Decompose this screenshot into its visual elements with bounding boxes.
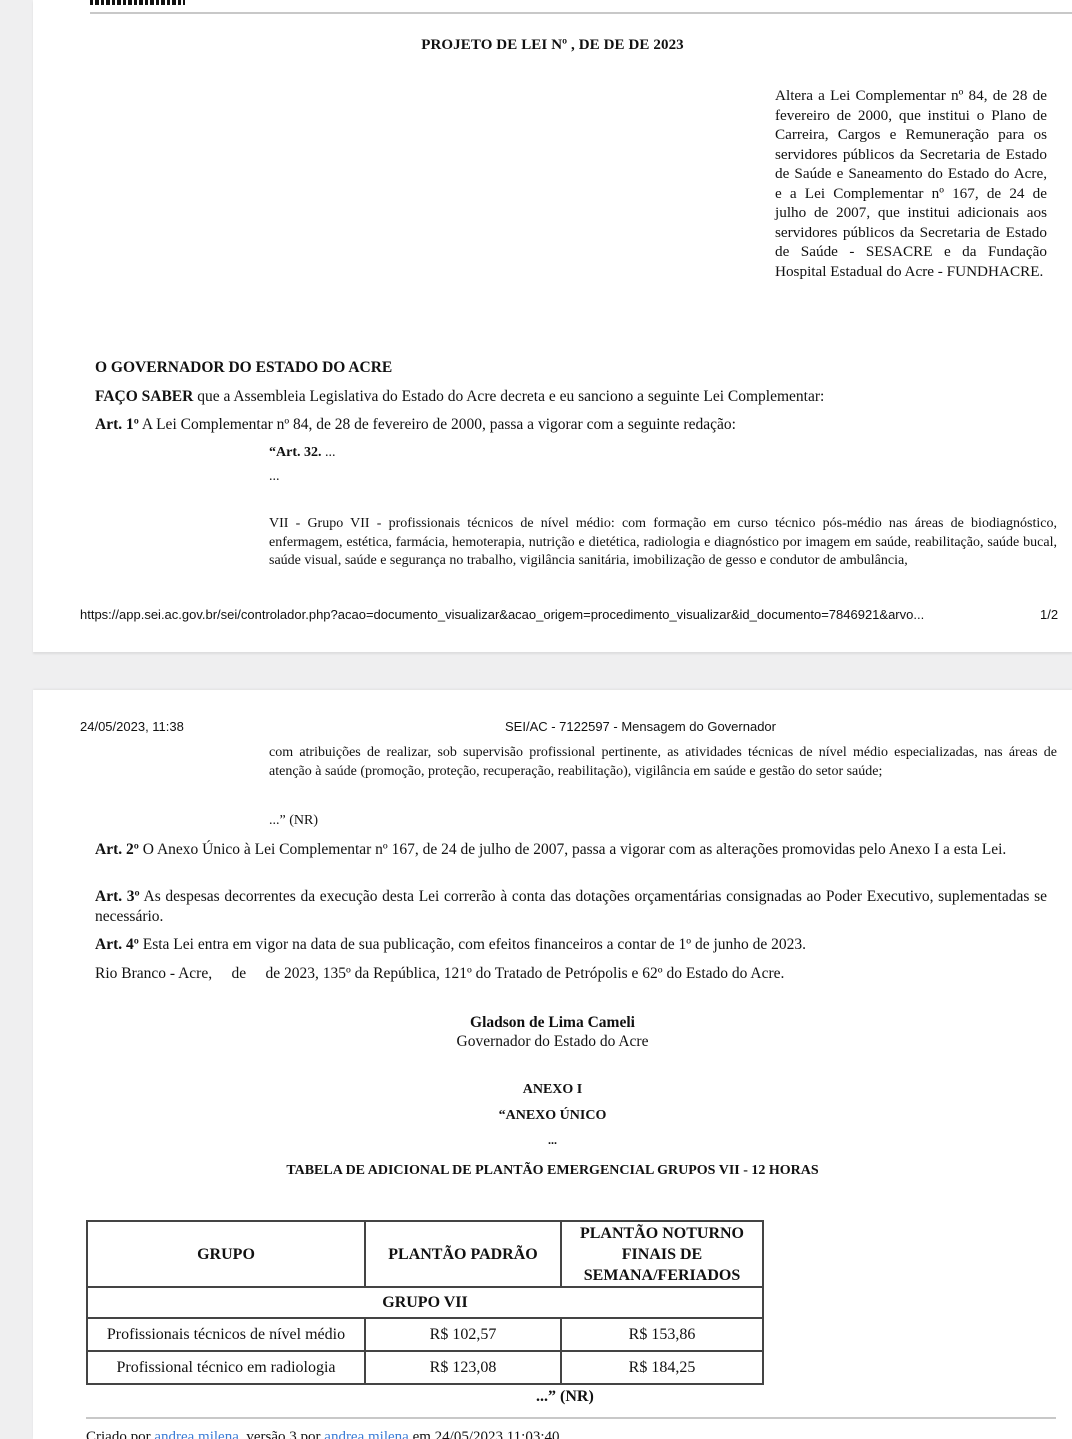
cell-group: Profissional técnico em radiologia bbox=[87, 1351, 365, 1384]
preamble-bold: FAÇO SABER bbox=[95, 388, 193, 405]
author-link[interactable]: andrea.milena bbox=[324, 1429, 409, 1439]
qr-code-fragment bbox=[90, 0, 185, 5]
table-header-row: GRUPO PLANTÃO PADRÃO PLANTÃO NOTURNO FIN… bbox=[87, 1221, 763, 1287]
table-row: Profissionais técnicos de nível médio R$… bbox=[87, 1318, 763, 1351]
article-2-text: O Anexo Único à Lei Complementar nº 167,… bbox=[139, 841, 1006, 858]
group-label: GRUPO VII bbox=[87, 1287, 763, 1318]
divider bbox=[86, 1417, 1056, 1419]
table-title: TABELA DE ADICIONAL DE PLANTÃO EMERGENCI… bbox=[33, 1163, 1072, 1179]
annex-subtitle: “ANEXO ÚNICO bbox=[33, 1108, 1072, 1124]
header-line: PLANTÃO NOTURNO bbox=[564, 1223, 760, 1244]
cell-plantao-padrao: R$ 102,57 bbox=[365, 1318, 561, 1351]
header-plantao-noturno: PLANTÃO NOTURNO FINAIS DE SEMANA/FERIADO… bbox=[561, 1221, 763, 1287]
governor-heading: O GOVERNADOR DO ESTADO DO ACRE bbox=[95, 358, 392, 378]
print-page-number: 1/2 bbox=[1040, 607, 1058, 622]
article-3: Art. 3º As despesas decorrentes da execu… bbox=[95, 887, 1047, 927]
print-header-title: SEI/AC - 7122597 - Mensagem do Governado… bbox=[505, 719, 776, 734]
version-footer: Criado por andrea.milena, versão 3 por a… bbox=[86, 1429, 563, 1439]
header-line: SEMANA/FERIADOS bbox=[564, 1265, 760, 1286]
quote-end: ...” (NR) bbox=[269, 812, 318, 831]
divider bbox=[90, 12, 1072, 14]
created-prefix: Criado por bbox=[86, 1429, 154, 1439]
cell-plantao-noturno: R$ 184,25 bbox=[561, 1351, 763, 1384]
cell-plantao-padrao: R$ 123,08 bbox=[365, 1351, 561, 1384]
place-date: Rio Branco - Acre, de de 2023, 135º da R… bbox=[95, 964, 1055, 984]
article-1-label: Art. 1º bbox=[95, 416, 139, 433]
group-row: GRUPO VII bbox=[87, 1287, 763, 1318]
quoted-article-label: “Art. 32. bbox=[269, 445, 322, 460]
annex-title: ANEXO I bbox=[33, 1082, 1072, 1098]
version-date: em 24/05/2023 11:03:40. bbox=[409, 1429, 563, 1439]
quoted-article-ellipsis: ... bbox=[322, 445, 336, 460]
article-4-text: Esta Lei entra em vigor na data de sua p… bbox=[139, 936, 806, 953]
article-4-label: Art. 4º bbox=[95, 936, 139, 953]
article-1-text: A Lei Complementar nº 84, de 28 de fever… bbox=[139, 416, 736, 433]
bill-title: PROJETO DE LEI Nº , DE DE DE 2023 bbox=[33, 37, 1072, 54]
cell-group: Profissionais técnicos de nível médio bbox=[87, 1318, 365, 1351]
header-plantao-padrao: PLANTÃO PADRÃO bbox=[365, 1221, 561, 1287]
signer-role: Governador do Estado do Acre bbox=[33, 1032, 1072, 1052]
preamble-text: que a Assembleia Legislativa do Estado d… bbox=[193, 388, 824, 405]
inciso-vii-part1: VII - Grupo VII - profissionais técnicos… bbox=[269, 515, 1057, 571]
article-2-label: Art. 2º bbox=[95, 841, 139, 858]
table-end: ...” (NR) bbox=[536, 1388, 594, 1406]
header-line: FINAIS DE bbox=[564, 1244, 760, 1265]
signer-name: Gladson de Lima Cameli bbox=[33, 1013, 1072, 1033]
quoted-article-32: “Art. 32. ... bbox=[269, 444, 336, 463]
quote-end-text: ...” (NR) bbox=[269, 813, 318, 828]
quote-ellipsis: ... bbox=[269, 468, 280, 487]
document-page-1: PROJETO DE LEI Nº , DE DE DE 2023 Altera… bbox=[33, 0, 1072, 652]
inciso-vii-part2: com atribuições de realizar, sob supervi… bbox=[269, 744, 1057, 781]
annex-ellipsis: ... bbox=[33, 1133, 1072, 1148]
article-2: Art. 2º O Anexo Único à Lei Complementar… bbox=[95, 840, 1047, 860]
article-1: Art. 1º A Lei Complementar nº 84, de 28 … bbox=[95, 415, 1055, 435]
author-link[interactable]: andrea.milena bbox=[154, 1429, 239, 1439]
article-3-text: As despesas decorrentes da execução dest… bbox=[95, 888, 1047, 925]
cell-plantao-noturno: R$ 153,86 bbox=[561, 1318, 763, 1351]
shift-allowance-table: GRUPO PLANTÃO PADRÃO PLANTÃO NOTURNO FIN… bbox=[86, 1220, 764, 1385]
article-4: Art. 4º Esta Lei entra em vigor na data … bbox=[95, 935, 1055, 955]
preamble: FAÇO SABER que a Assembleia Legislativa … bbox=[95, 387, 1055, 407]
version-text: , versão 3 por bbox=[239, 1429, 324, 1439]
print-header-datetime: 24/05/2023, 11:38 bbox=[80, 719, 184, 734]
article-3-label: Art. 3º bbox=[95, 888, 140, 905]
header-grupo: GRUPO bbox=[87, 1221, 365, 1287]
ementa: Altera a Lei Complementar nº 84, de 28 d… bbox=[775, 86, 1047, 281]
print-footer-url: https://app.sei.ac.gov.br/sei/controlado… bbox=[80, 607, 924, 622]
table-row: Profissional técnico em radiologia R$ 12… bbox=[87, 1351, 763, 1384]
